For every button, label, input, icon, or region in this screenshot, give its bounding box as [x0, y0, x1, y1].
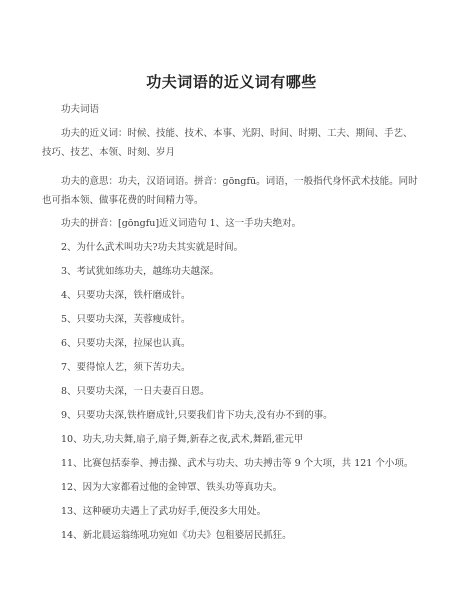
meaning-paragraph: 功夫的意思：功夫，汉语词语。拼音：gōngfū。词语，一般指代身怀武术技能。同时…: [42, 172, 420, 210]
sentence-item: 12、因为大家都看过他的金钟罩、铁头功等真功夫。: [61, 479, 282, 493]
sentence-item: 2、为什么武术叫功夫?功夫其实就是时间。: [61, 239, 243, 253]
document-title: 功夫词语的近义词有哪些: [0, 71, 463, 92]
section-heading: 功夫词语: [61, 101, 99, 115]
sentence-item: 3、考试犹如练功夫，越练功夫越深。: [61, 263, 219, 277]
sentence-item: 4、只要功夫深，铁杆磨成针。: [61, 287, 191, 301]
sentence-item: 9、只要功夫深,铁杵磨成针,只要我们肯下功夫,没有办不到的事。: [61, 407, 333, 421]
sentence-item: 7、要得惊人艺，须下苦功夫。: [61, 359, 191, 373]
sentence-item: 14、新北晨运翁练吼功宛如《功夫》包租婆居民抓狂。: [61, 527, 292, 541]
sentence-item: 5、只要功夫深，芙蓉瘦成针。: [61, 311, 191, 325]
synonyms-paragraph: 功夫的近义词：时候、技能、技术、本事、光阴、时间、时期、工夫、期间、手艺、技巧、…: [42, 124, 420, 162]
document-page: 功夫词语的近义词有哪些 功夫词语 功夫的近义词：时候、技能、技术、本事、光阴、时…: [0, 0, 463, 600]
sentence-item: 11、比赛包括泰拳、搏击操、武术与功夫、功夫搏击等 9 个大项，共 121 个小…: [61, 455, 413, 469]
sentence-item: 13、这种硬功夫遇上了武功好手,便没多大用处。: [61, 503, 266, 517]
sentence-item: 10、功夫,功夫舞,扇子,扇子舞,新春之夜,武术,舞蹈,霍元甲: [61, 431, 303, 445]
sentence-item: 6、只要功夫深，拉屎也认真。: [61, 335, 191, 349]
pinyin-line: 功夫的拼音：[gōngfu]近义词造句 1、这一手功夫绝对。: [61, 215, 301, 229]
sentence-item: 8、只要功夫深，一日夫妻百日恩。: [61, 383, 210, 397]
